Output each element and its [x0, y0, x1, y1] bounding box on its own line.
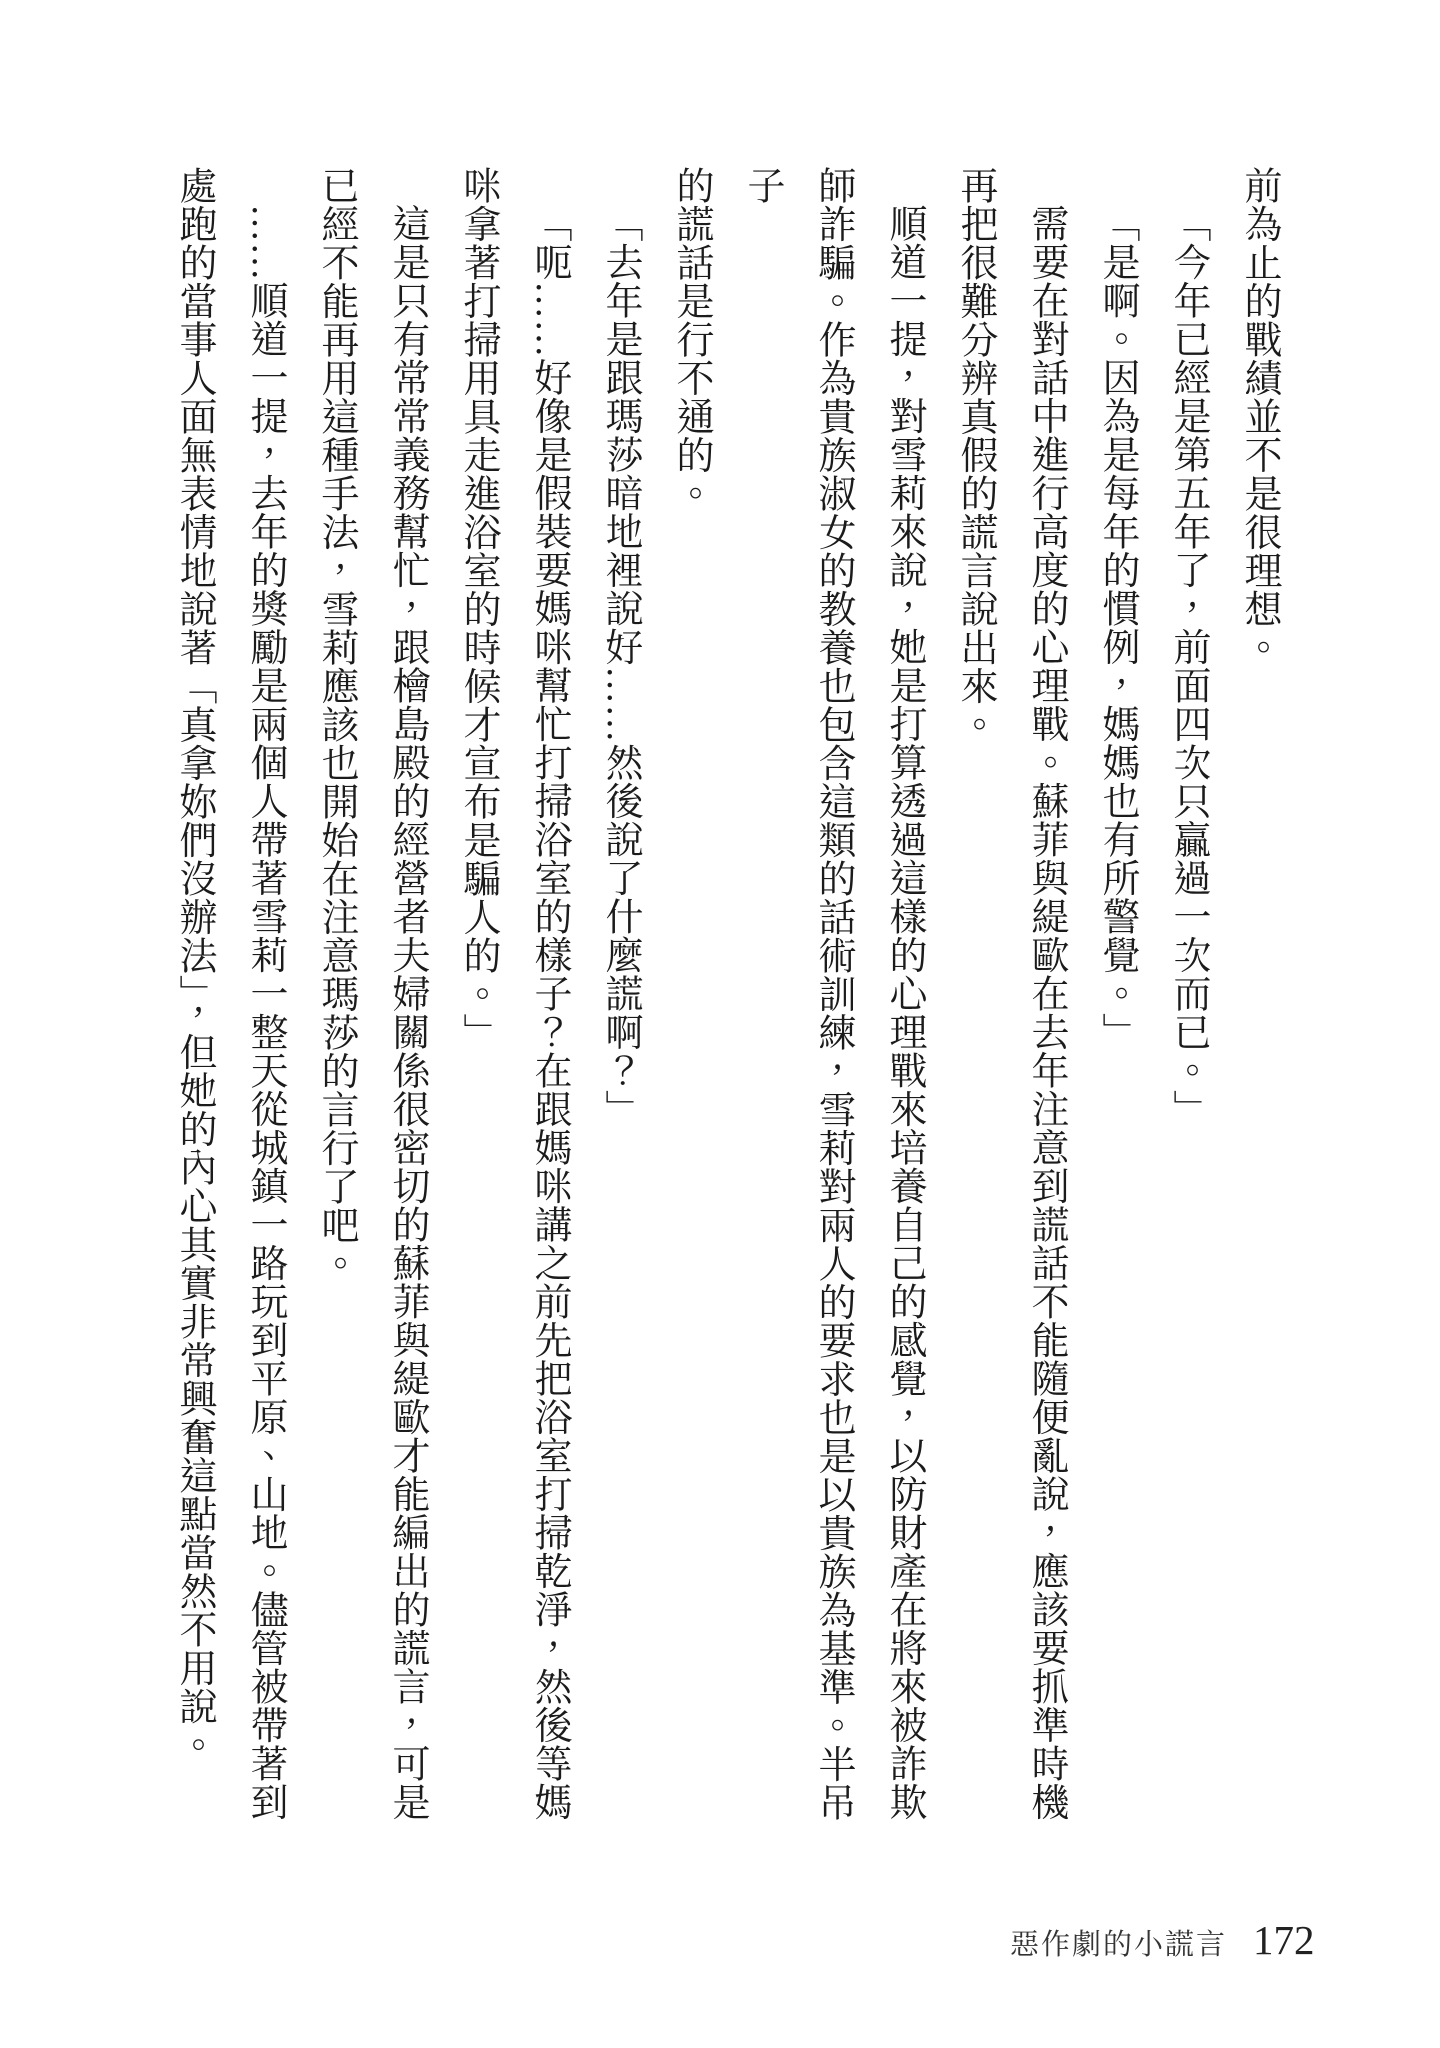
text-column: 「是啊。因為是每年的慣例，媽媽也有所警覺。」: [1081, 166, 1152, 1826]
text-column: 再把很難分辨真假的謊言說出來。: [939, 166, 1010, 1826]
running-title: 惡作劇的小謊言: [1010, 1922, 1227, 1963]
text-column: 「今年已經是第五年了，前面四次只贏過一次而已。」: [1152, 166, 1223, 1826]
text-column: ……順道一提，去年的獎勵是兩個人帶著雪莉一整天從城鎮一路玩到平原、山地。儘管被帶…: [229, 166, 300, 1826]
text-column: 「去年是跟瑪莎暗地裡說好……然後說了什麼謊啊？」: [584, 166, 655, 1826]
book-page: 前為止的戰績並不是很理想。 「今年已經是第五年了，前面四次只贏過一次而已。」 「…: [0, 0, 1440, 2048]
text-column: 順道一提，對雪莉來說，她是打算透過這樣的心理戰來培養自己的感覺，以防財產在將來被…: [868, 166, 939, 1826]
text-column: 前為止的戰績並不是很理想。: [1223, 166, 1294, 1826]
text-column: 已經不能再用這種手法，雪莉應該也開始在注意瑪莎的言行了吧。: [300, 166, 371, 1826]
page-footer: 惡作劇的小謊言 172: [0, 1916, 1440, 1976]
text-column: 這是只有常常義務幫忙，跟檜島殿的經營者夫婦關係很密切的蘇菲與緹歐才能編出的謊言，…: [371, 166, 442, 1826]
vertical-text-block: 前為止的戰績並不是很理想。 「今年已經是第五年了，前面四次只贏過一次而已。」 「…: [158, 166, 1294, 1826]
text-column: 需要在對話中進行高度的心理戰。蘇菲與緹歐在去年注意到謊話不能隨便亂說，應該要抓準…: [1010, 166, 1081, 1826]
page-number: 172: [1253, 1916, 1315, 1964]
text-column: 的謊話是行不通的。: [655, 166, 726, 1826]
text-column: 師詐騙。作為貴族淑女的教養也包含這類的話術訓練，雪莉對兩人的要求也是以貴族為基準…: [726, 166, 868, 1826]
text-column: 咪拿著打掃用具走進浴室的時候才宣布是騙人的。」: [442, 166, 513, 1826]
text-column: 處跑的當事人面無表情地說著「真拿妳們沒辦法」，但她的內心其實非常興奮這點當然不用…: [158, 166, 229, 1826]
text-column: 「呃……好像是假裝要媽咪幫忙打掃浴室的樣子？在跟媽咪講之前先把浴室打掃乾淨，然後…: [513, 166, 584, 1826]
